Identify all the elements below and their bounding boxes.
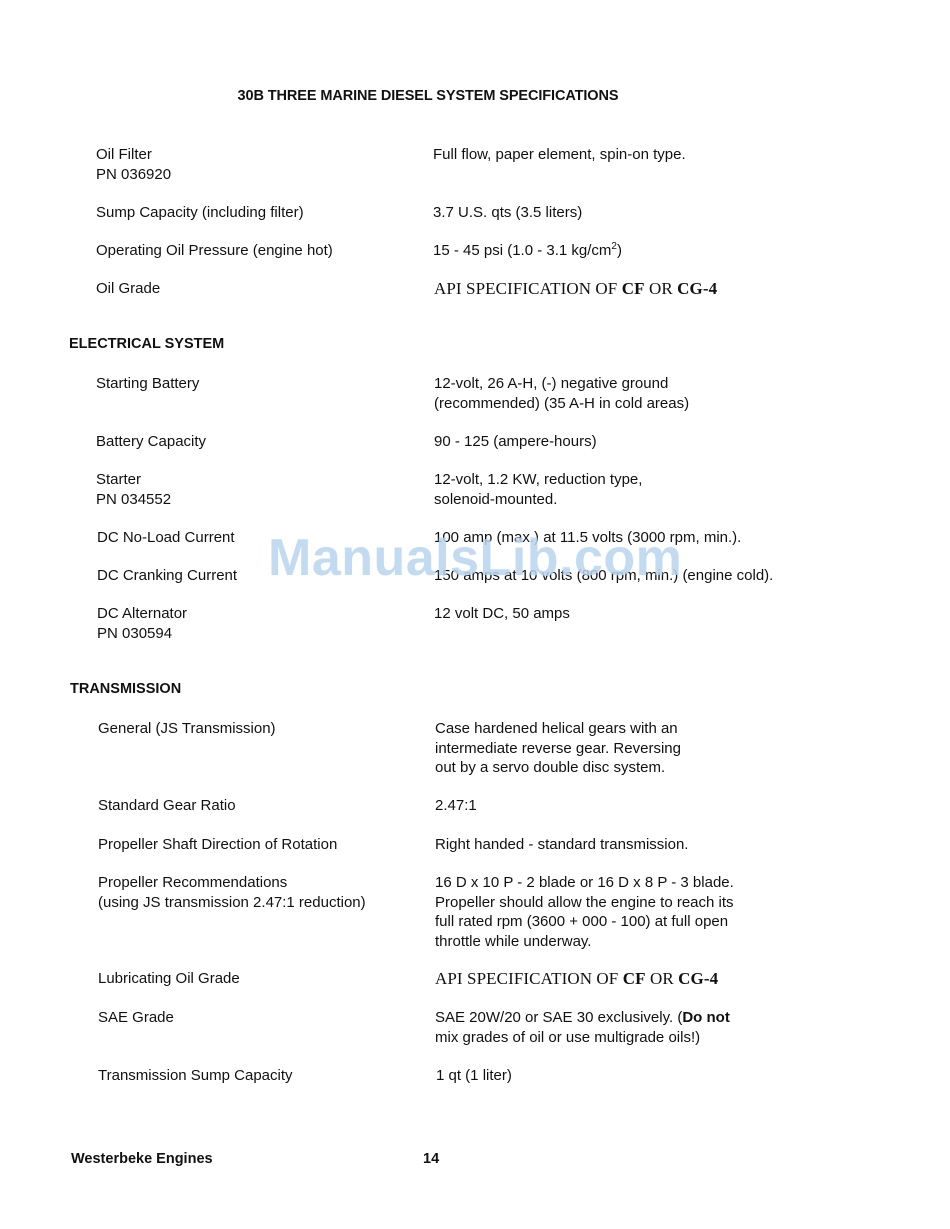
spec-value: 12 volt DC, 50 amps [434, 604, 570, 624]
spec-label: DC No-Load Current [97, 528, 235, 548]
value-text: OR [645, 279, 678, 298]
spec-value: 90 - 125 (ampere-hours) [434, 432, 597, 452]
spec-label: Transmission Sump Capacity [98, 1066, 293, 1086]
spec-value: API SPECIFICATION OF CF OR CG-4 [434, 279, 717, 299]
value-text: SAE 20W/20 or SAE 30 exclusively. ( [435, 1009, 682, 1026]
spec-label: Starting Battery [96, 374, 199, 394]
spec-value: 3.7 U.S. qts (3.5 liters) [433, 203, 582, 223]
spec-value: 15 - 45 psi (1.0 - 3.1 kg/cm2) [433, 241, 622, 261]
spec-label: General (JS Transmission) [98, 719, 276, 739]
value-text: API SPECIFICATION OF [435, 969, 623, 988]
spec-label: Oil Filter PN 036920 [96, 145, 171, 184]
spec-value: 16 D x 10 P - 2 blade or 16 D x 8 P - 3 … [435, 873, 734, 951]
spec-value: 100 amp (max.) at 11.5 volts (3000 rpm, … [434, 528, 741, 548]
spec-value: 12-volt, 1.2 KW, reduction type, solenoi… [434, 470, 642, 509]
spec-label: Standard Gear Ratio [98, 796, 236, 816]
spec-label: Battery Capacity [96, 432, 206, 452]
spec-label: DC Alternator PN 030594 [97, 604, 187, 643]
spec-label: Oil Grade [96, 279, 160, 299]
section-heading-electrical: ELECTRICAL SYSTEM [69, 336, 224, 352]
value-bold: CG-4 [677, 279, 717, 298]
spec-value: Full flow, paper element, spin-on type. [433, 145, 686, 165]
spec-value: 150 amps at 10 volts (800 rpm, min.) (en… [434, 566, 773, 586]
spec-label: Starter PN 034552 [96, 470, 171, 509]
value-text: ) [617, 242, 622, 259]
spec-value: API SPECIFICATION OF CF OR CG-4 [435, 969, 718, 989]
value-bold: CF [623, 969, 646, 988]
spec-label: Propeller Shaft Direction of Rotation [98, 835, 337, 855]
value-bold: CF [622, 279, 645, 298]
page-number: 14 [423, 1151, 439, 1167]
value-bold: Do not [682, 1009, 729, 1026]
value-text: API SPECIFICATION OF [434, 279, 622, 298]
spec-label: Lubricating Oil Grade [98, 969, 240, 989]
spec-label: Sump Capacity (including filter) [96, 203, 304, 223]
value-text: mix grades of oil or use multigrade oils… [435, 1029, 700, 1046]
value-text: OR [646, 969, 679, 988]
spec-value: 12-volt, 26 A-H, (-) negative ground (re… [434, 374, 689, 413]
spec-value: 2.47:1 [435, 796, 477, 816]
spec-value: 1 qt (1 liter) [436, 1066, 512, 1086]
section-heading-transmission: TRANSMISSION [70, 681, 181, 697]
spec-label: Operating Oil Pressure (engine hot) [96, 241, 333, 261]
value-bold: CG-4 [678, 969, 718, 988]
spec-label: DC Cranking Current [97, 566, 237, 586]
footer-publisher: Westerbeke Engines [71, 1151, 213, 1167]
page-title: 30B THREE MARINE DIESEL SYSTEM SPECIFICA… [0, 88, 856, 104]
spec-label: Propeller Recommendations (using JS tran… [98, 873, 366, 912]
spec-value: Right handed - standard transmission. [435, 835, 688, 855]
spec-value: Case hardened helical gears with an inte… [435, 719, 681, 778]
spec-value: SAE 20W/20 or SAE 30 exclusively. (Do no… [435, 1008, 730, 1047]
spec-label: SAE Grade [98, 1008, 174, 1028]
value-text: 15 - 45 psi (1.0 - 3.1 kg/cm [433, 242, 611, 259]
